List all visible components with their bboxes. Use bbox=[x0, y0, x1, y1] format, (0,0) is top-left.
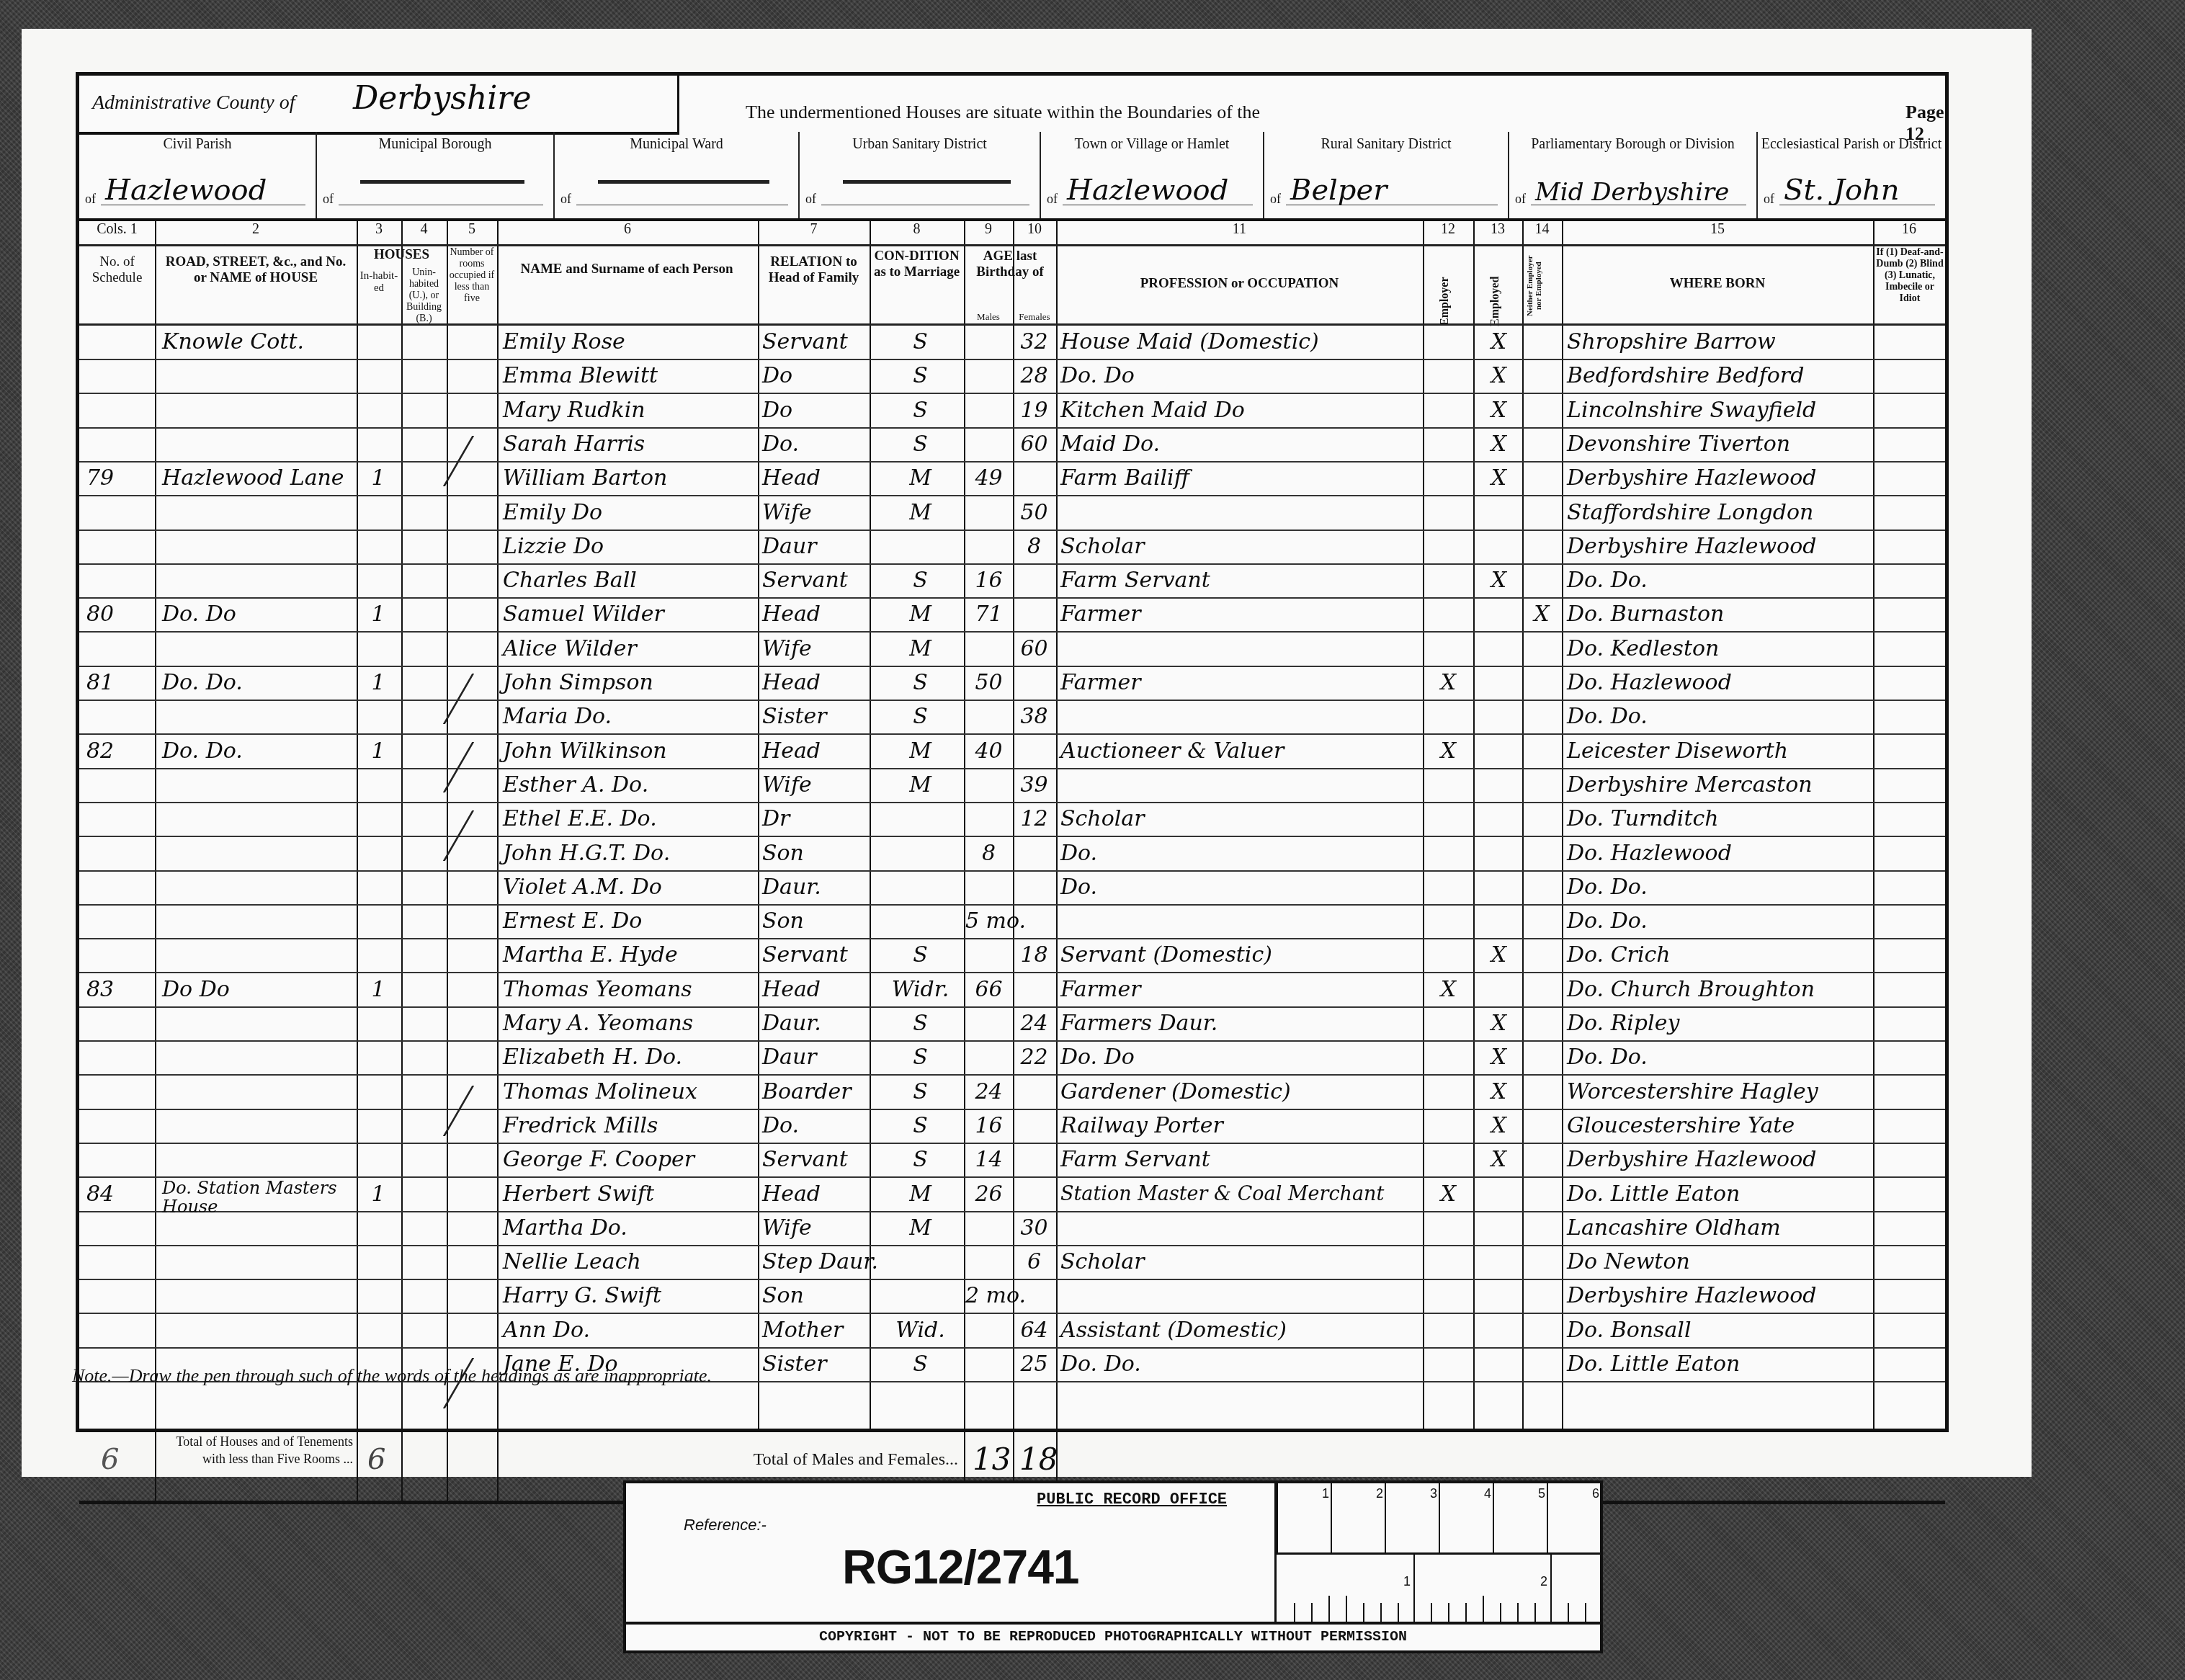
house-address: Do. Do. bbox=[162, 736, 353, 767]
infirmity bbox=[1877, 1179, 1945, 1210]
rooms-count bbox=[450, 360, 493, 392]
relation: Head bbox=[762, 736, 870, 767]
uninhabited-mark bbox=[405, 531, 441, 563]
marital-condition bbox=[875, 803, 965, 835]
employed-mark bbox=[1475, 1315, 1522, 1346]
schedule-number bbox=[86, 1315, 151, 1346]
marital-condition: S bbox=[875, 360, 965, 392]
employer-mark bbox=[1425, 326, 1472, 358]
strike-dash bbox=[360, 180, 524, 184]
marital-condition: S bbox=[875, 1144, 965, 1176]
employer-mark bbox=[1425, 701, 1472, 733]
header-females: Females bbox=[1013, 309, 1056, 325]
male-age bbox=[965, 497, 1012, 529]
occupation: Do. Do. bbox=[1060, 1349, 1421, 1380]
marital-condition: S bbox=[875, 1008, 965, 1040]
person-name: Nellie Leach bbox=[503, 1246, 755, 1278]
employed-mark bbox=[1475, 803, 1522, 835]
where-born: Do. Church Broughton bbox=[1567, 974, 1877, 1006]
infirmity bbox=[1877, 803, 1945, 835]
occupation: Scholar bbox=[1060, 803, 1421, 835]
uninhabited-mark bbox=[405, 1042, 441, 1073]
table-row: 84Do. Station Masters House1Herbert Swif… bbox=[79, 1177, 1945, 1212]
female-age: 60 bbox=[1014, 633, 1054, 665]
relation: Servant bbox=[762, 326, 870, 358]
occupation: Scholar bbox=[1060, 1246, 1421, 1278]
rooms-count bbox=[450, 1280, 493, 1312]
infirmity bbox=[1877, 395, 1945, 426]
uninhabited-mark bbox=[405, 1110, 441, 1142]
relation: Head bbox=[762, 599, 870, 630]
house-address bbox=[162, 1246, 353, 1278]
employed-mark: X bbox=[1475, 939, 1522, 971]
neither-mark bbox=[1524, 736, 1560, 767]
schedule-number bbox=[86, 395, 151, 426]
marital-condition bbox=[875, 872, 965, 903]
employer-mark: X bbox=[1425, 974, 1472, 1006]
person-name: George F. Cooper bbox=[503, 1144, 755, 1176]
employed-mark: X bbox=[1475, 395, 1522, 426]
uninhabited-mark bbox=[405, 565, 441, 597]
female-age: 64 bbox=[1014, 1315, 1054, 1346]
table-row: Emma BlewittDoS28Do. DoXBedfordshire Bed… bbox=[79, 359, 1945, 394]
employer-mark bbox=[1425, 838, 1472, 870]
male-age bbox=[965, 769, 1012, 801]
infirmity bbox=[1877, 1246, 1945, 1278]
where-born: Do. Kedleston bbox=[1567, 633, 1877, 665]
employed-mark: X bbox=[1475, 360, 1522, 392]
schedule-number bbox=[86, 1280, 151, 1312]
rooms-count bbox=[450, 872, 493, 903]
neither-mark bbox=[1524, 1179, 1560, 1210]
person-name: John Wilkinson bbox=[503, 736, 755, 767]
inhabited-count bbox=[360, 1280, 396, 1312]
infirmity bbox=[1877, 872, 1945, 903]
where-born: Devonshire Tiverton bbox=[1567, 429, 1877, 460]
strike-dash bbox=[598, 180, 769, 184]
marital-condition: S bbox=[875, 1110, 965, 1142]
where-born: Shropshire Barrow bbox=[1567, 326, 1877, 358]
inhabited-count bbox=[360, 1315, 396, 1346]
employer-mark bbox=[1425, 531, 1472, 563]
female-age bbox=[1014, 1179, 1054, 1210]
inhabited-count bbox=[360, 769, 396, 801]
inhabited-count bbox=[360, 838, 396, 870]
relation: Do bbox=[762, 360, 870, 392]
female-age: 12 bbox=[1014, 803, 1054, 835]
rooms-count bbox=[450, 531, 493, 563]
where-born: Gloucestershire Yate bbox=[1567, 1110, 1877, 1142]
neither-mark bbox=[1524, 360, 1560, 392]
table-row: 80Do. Do1Samuel WilderHeadM71FarmerXDo. … bbox=[79, 597, 1945, 633]
table-row: John H.G.T. Do.Son8Do.Do. Hazlewood bbox=[79, 836, 1945, 872]
schedule-number: 82 bbox=[86, 736, 151, 767]
female-age: 8 bbox=[1014, 531, 1054, 563]
inhabited-count bbox=[360, 360, 396, 392]
marital-condition: M bbox=[875, 497, 965, 529]
rooms-count bbox=[450, 1315, 493, 1346]
employed-mark bbox=[1475, 599, 1522, 630]
where-born: Staffordshire Longdon bbox=[1567, 497, 1877, 529]
employed-mark: X bbox=[1475, 463, 1522, 494]
relation: Servant bbox=[762, 1144, 870, 1176]
infirmity bbox=[1877, 1008, 1945, 1040]
employer-mark bbox=[1425, 1315, 1472, 1346]
uninhabited-mark bbox=[405, 429, 441, 460]
female-age bbox=[1014, 1110, 1054, 1142]
occupation: Farm Servant bbox=[1060, 565, 1421, 597]
table-row: Knowle Cott.Emily RoseServantS32House Ma… bbox=[79, 325, 1945, 360]
uninhabited-mark bbox=[405, 497, 441, 529]
rooms-count bbox=[450, 1042, 493, 1073]
rooms-count bbox=[450, 1212, 493, 1244]
employer-mark bbox=[1425, 803, 1472, 835]
neither-mark bbox=[1524, 1212, 1560, 1244]
relation: Do. bbox=[762, 1110, 870, 1142]
relation: Sister bbox=[762, 701, 870, 733]
male-age bbox=[965, 429, 1012, 460]
header-schedule: No. of Schedule bbox=[79, 254, 155, 286]
relation: Do. bbox=[762, 429, 870, 460]
table-row: Nellie LeachStep Daur.6ScholarDo Newton bbox=[79, 1245, 1945, 1280]
neither-mark bbox=[1524, 1144, 1560, 1176]
where-born: Do. Crich bbox=[1567, 939, 1877, 971]
infirmity bbox=[1877, 599, 1945, 630]
inhabited-count: 1 bbox=[360, 599, 396, 630]
occupation bbox=[1060, 497, 1421, 529]
person-name: William Barton bbox=[503, 463, 755, 494]
marital-condition: S bbox=[875, 701, 965, 733]
occupation bbox=[1060, 906, 1421, 937]
employed-mark bbox=[1475, 701, 1522, 733]
employer-mark bbox=[1425, 1110, 1472, 1142]
inhabited-count bbox=[360, 1008, 396, 1040]
uninhabited-mark bbox=[405, 1008, 441, 1040]
inhabited-count bbox=[360, 803, 396, 835]
occupation: Gardener (Domestic) bbox=[1060, 1076, 1421, 1108]
schedule-number bbox=[86, 497, 151, 529]
neither-mark bbox=[1524, 803, 1560, 835]
person-name: Thomas Molineux bbox=[503, 1076, 755, 1108]
marital-condition bbox=[875, 1280, 965, 1312]
uninhabited-mark bbox=[405, 939, 441, 971]
occupation: Farm Servant bbox=[1060, 1144, 1421, 1176]
header-name: NAME and Surname of each Person bbox=[511, 262, 742, 277]
house-address bbox=[162, 701, 353, 733]
header-rooms: Number of rooms occupied if less than fi… bbox=[447, 247, 497, 305]
schedule-number bbox=[86, 1110, 151, 1142]
neither-mark bbox=[1524, 429, 1560, 460]
table-row: Maria Do.SisterS38Do. Do. bbox=[79, 700, 1945, 735]
employer-mark bbox=[1425, 599, 1472, 630]
marital-condition bbox=[875, 838, 965, 870]
uninhabited-mark bbox=[405, 1246, 441, 1278]
infirmity bbox=[1877, 769, 1945, 801]
female-age bbox=[1014, 906, 1054, 937]
employed-mark: X bbox=[1475, 326, 1522, 358]
uninhabited-mark bbox=[405, 633, 441, 665]
infirmity bbox=[1877, 1280, 1945, 1312]
neither-mark bbox=[1524, 872, 1560, 903]
relation: Wife bbox=[762, 497, 870, 529]
female-age bbox=[1014, 1144, 1054, 1176]
occupation: Farmer bbox=[1060, 599, 1421, 630]
female-age bbox=[1014, 736, 1054, 767]
person-name: Ethel E.E. Do. bbox=[503, 803, 755, 835]
table-row: George F. CooperServantS14Farm ServantXD… bbox=[79, 1143, 1945, 1178]
female-age: 38 bbox=[1014, 701, 1054, 733]
occupation bbox=[1060, 701, 1421, 733]
occupation: Scholar bbox=[1060, 531, 1421, 563]
uninhabited-mark bbox=[405, 463, 441, 494]
total-persons-label: Total of Males and Females... bbox=[728, 1450, 958, 1470]
employer-mark bbox=[1425, 429, 1472, 460]
person-name: Mary Rudkin bbox=[503, 395, 755, 426]
female-age: 32 bbox=[1014, 326, 1054, 358]
neither-mark bbox=[1524, 939, 1560, 971]
where-born: Do. Do. bbox=[1567, 565, 1877, 597]
inhabited-count bbox=[360, 497, 396, 529]
neither-mark bbox=[1524, 1042, 1560, 1073]
inhabited-count bbox=[360, 1110, 396, 1142]
admin-county-box: Administrative County of Derbyshire bbox=[79, 76, 679, 135]
employed-mark: X bbox=[1475, 1008, 1522, 1040]
male-age bbox=[965, 1315, 1012, 1346]
table-row: Sarah HarrisDo.S60Maid Do.XDevonshire Ti… bbox=[79, 427, 1945, 463]
relation: Do bbox=[762, 395, 870, 426]
male-age: 71 bbox=[965, 599, 1012, 630]
rooms-count bbox=[450, 497, 493, 529]
table-row: Charles BallServantS16Farm ServantXDo. D… bbox=[79, 563, 1945, 599]
uninhabited-mark bbox=[405, 1076, 441, 1108]
schedule-number bbox=[86, 429, 151, 460]
table-row: Mary A. YeomansDaur.S24Farmers Daur.XDo.… bbox=[79, 1006, 1945, 1042]
header-uninhabited: Unin-habited (U.), or Building (B.) bbox=[401, 267, 447, 325]
occupation: Kitchen Maid Do bbox=[1060, 395, 1421, 426]
male-age bbox=[965, 531, 1012, 563]
inhabited-count bbox=[360, 872, 396, 903]
marital-condition: S bbox=[875, 395, 965, 426]
header-neither: Neither Employer nor Employed bbox=[1526, 250, 1558, 322]
header-condition: CON-DITION as to Marriage bbox=[870, 249, 964, 280]
male-age: 5 mo. bbox=[965, 906, 1012, 937]
employed-mark bbox=[1475, 736, 1522, 767]
house-address bbox=[162, 1144, 353, 1176]
infirmity bbox=[1877, 360, 1945, 392]
relation: Dr bbox=[762, 803, 870, 835]
schedule-number: 83 bbox=[86, 974, 151, 1006]
inhabited-count bbox=[360, 701, 396, 733]
neither-mark bbox=[1524, 565, 1560, 597]
relation: Wife bbox=[762, 769, 870, 801]
marital-condition: Widr. bbox=[875, 974, 965, 1006]
person-name: Elizabeth H. Do. bbox=[503, 1042, 755, 1073]
boundary-urban-sanitary: Urban Sanitary District of bbox=[800, 132, 1041, 218]
where-born: Do. Hazlewood bbox=[1567, 667, 1877, 699]
house-address: Hazlewood Lane bbox=[162, 463, 353, 494]
infirmity bbox=[1877, 1315, 1945, 1346]
table-row: Martha Do.WifeM30Lancashire Oldham bbox=[79, 1211, 1945, 1246]
schedule-number: 79 bbox=[86, 463, 151, 494]
house-address bbox=[162, 1076, 353, 1108]
header-where-born: WHERE BORN bbox=[1562, 276, 1873, 292]
infirmity bbox=[1877, 1144, 1945, 1176]
female-age: 39 bbox=[1014, 769, 1054, 801]
house-address bbox=[162, 395, 353, 426]
infirmity bbox=[1877, 667, 1945, 699]
neither-mark bbox=[1524, 974, 1560, 1006]
employer-mark bbox=[1425, 1349, 1472, 1380]
infirmity bbox=[1877, 736, 1945, 767]
where-born: Derbyshire Mercaston bbox=[1567, 769, 1877, 801]
female-age: 30 bbox=[1014, 1212, 1054, 1244]
marital-condition: S bbox=[875, 1042, 965, 1073]
marital-condition: M bbox=[875, 769, 965, 801]
house-address bbox=[162, 1008, 353, 1040]
infirmity bbox=[1877, 1349, 1945, 1380]
person-name: Emily Rose bbox=[503, 326, 755, 358]
total-houses: 6 bbox=[367, 1443, 385, 1476]
marital-condition bbox=[875, 906, 965, 937]
inhabited-count bbox=[360, 1144, 396, 1176]
inhabited-count: 1 bbox=[360, 974, 396, 1006]
house-address bbox=[162, 565, 353, 597]
male-age: 26 bbox=[965, 1179, 1012, 1210]
table-row: Esther A. Do.WifeM39Derbyshire Mercaston bbox=[79, 768, 1945, 803]
rooms-count bbox=[450, 599, 493, 630]
house-address: Do. Do bbox=[162, 599, 353, 630]
uninhabited-mark bbox=[405, 1144, 441, 1176]
male-age: 14 bbox=[965, 1144, 1012, 1176]
male-age bbox=[965, 326, 1012, 358]
admin-county-label: Administrative County of bbox=[92, 91, 295, 115]
uninhabited-mark bbox=[405, 906, 441, 937]
schedule-number bbox=[86, 360, 151, 392]
marital-condition: S bbox=[875, 565, 965, 597]
neither-mark bbox=[1524, 497, 1560, 529]
house-address bbox=[162, 1212, 353, 1244]
male-age bbox=[965, 1008, 1012, 1040]
female-age: 18 bbox=[1014, 939, 1054, 971]
where-born: Do. Turnditch bbox=[1567, 803, 1877, 835]
where-born: Lincolnshire Swayfield bbox=[1567, 395, 1877, 426]
male-age bbox=[965, 701, 1012, 733]
occupation: Auctioneer & Valuer bbox=[1060, 736, 1421, 767]
occupation: Do. Do bbox=[1060, 360, 1421, 392]
female-age: 60 bbox=[1014, 429, 1054, 460]
total-schedules: 6 bbox=[101, 1443, 119, 1476]
person-name: Thomas Yeomans bbox=[503, 974, 755, 1006]
total-females: 18 bbox=[1019, 1442, 1058, 1477]
total-males: 13 bbox=[973, 1442, 1011, 1477]
female-age: 22 bbox=[1014, 1042, 1054, 1073]
person-name: Herbert Swift bbox=[503, 1179, 755, 1210]
neither-mark bbox=[1524, 1110, 1560, 1142]
employed-mark bbox=[1475, 872, 1522, 903]
employer-mark bbox=[1425, 1076, 1472, 1108]
male-age bbox=[965, 939, 1012, 971]
stamp-title: PUBLIC RECORD OFFICE bbox=[1037, 1491, 1227, 1509]
male-age: 8 bbox=[965, 838, 1012, 870]
rooms-count bbox=[450, 565, 493, 597]
uninhabited-mark bbox=[405, 769, 441, 801]
schedule-number bbox=[86, 803, 151, 835]
occupation: Do. bbox=[1060, 838, 1421, 870]
boundaries-band: Civil Parish of Hazlewood Municipal Boro… bbox=[79, 132, 1945, 221]
employer-mark bbox=[1425, 463, 1472, 494]
infirmity bbox=[1877, 1110, 1945, 1142]
where-born: Do. Do. bbox=[1567, 1042, 1877, 1073]
neither-mark bbox=[1524, 1246, 1560, 1278]
marital-condition: M bbox=[875, 463, 965, 494]
rooms-count bbox=[450, 1179, 493, 1210]
schedule-number bbox=[86, 1008, 151, 1040]
schedule-number: 81 bbox=[86, 667, 151, 699]
inhabited-count: 1 bbox=[360, 1179, 396, 1210]
where-born: Do. Burnaston bbox=[1567, 599, 1877, 630]
marital-condition: M bbox=[875, 736, 965, 767]
person-name: John Simpson bbox=[503, 667, 755, 699]
infirmity bbox=[1877, 974, 1945, 1006]
female-age: 25 bbox=[1014, 1349, 1054, 1380]
uninhabited-mark bbox=[405, 1179, 441, 1210]
infirmity bbox=[1877, 1042, 1945, 1073]
neither-mark bbox=[1524, 463, 1560, 494]
rooms-count bbox=[450, 633, 493, 665]
person-name: Samuel Wilder bbox=[503, 599, 755, 630]
schedule-number bbox=[86, 1212, 151, 1244]
inhabited-count bbox=[360, 326, 396, 358]
table-row: 81Do. Do.1John SimpsonHeadS50FarmerXDo. … bbox=[79, 666, 1945, 701]
schedule-number: 80 bbox=[86, 599, 151, 630]
where-born: Derbyshire Hazlewood bbox=[1567, 531, 1877, 563]
employed-mark bbox=[1475, 769, 1522, 801]
employed-mark bbox=[1475, 838, 1522, 870]
male-age: 24 bbox=[965, 1076, 1012, 1108]
where-born: Worcestershire Hagley bbox=[1567, 1076, 1877, 1108]
employed-mark bbox=[1475, 974, 1522, 1006]
employer-mark: X bbox=[1425, 667, 1472, 699]
where-born: Lancashire Oldham bbox=[1567, 1212, 1877, 1244]
female-age bbox=[1014, 1076, 1054, 1108]
occupation: Farmer bbox=[1060, 667, 1421, 699]
strike-dash bbox=[843, 180, 1011, 184]
female-age bbox=[1014, 838, 1054, 870]
boundary-rural-sanitary: Rural Sanitary District of Belper bbox=[1264, 132, 1509, 218]
schedule-number bbox=[86, 1246, 151, 1278]
civil-parish-value: Hazlewood bbox=[105, 174, 267, 207]
occupation: Farmer bbox=[1060, 974, 1421, 1006]
rooms-count bbox=[450, 974, 493, 1006]
house-address bbox=[162, 497, 353, 529]
house-address: Do. Do. bbox=[162, 667, 353, 699]
schedule-number bbox=[86, 906, 151, 937]
person-name: Esther A. Do. bbox=[503, 769, 755, 801]
male-age bbox=[965, 395, 1012, 426]
marital-condition: Wid. bbox=[875, 1315, 965, 1346]
uninhabited-mark bbox=[405, 974, 441, 1006]
employer-mark bbox=[1425, 872, 1472, 903]
uninhabited-mark bbox=[405, 838, 441, 870]
neither-mark bbox=[1524, 838, 1560, 870]
uninhabited-mark bbox=[405, 360, 441, 392]
employer-mark bbox=[1425, 633, 1472, 665]
neither-mark bbox=[1524, 1008, 1560, 1040]
relation: Head bbox=[762, 463, 870, 494]
occupation: Maid Do. bbox=[1060, 429, 1421, 460]
employed-mark bbox=[1475, 1349, 1522, 1380]
uninhabited-mark bbox=[405, 803, 441, 835]
